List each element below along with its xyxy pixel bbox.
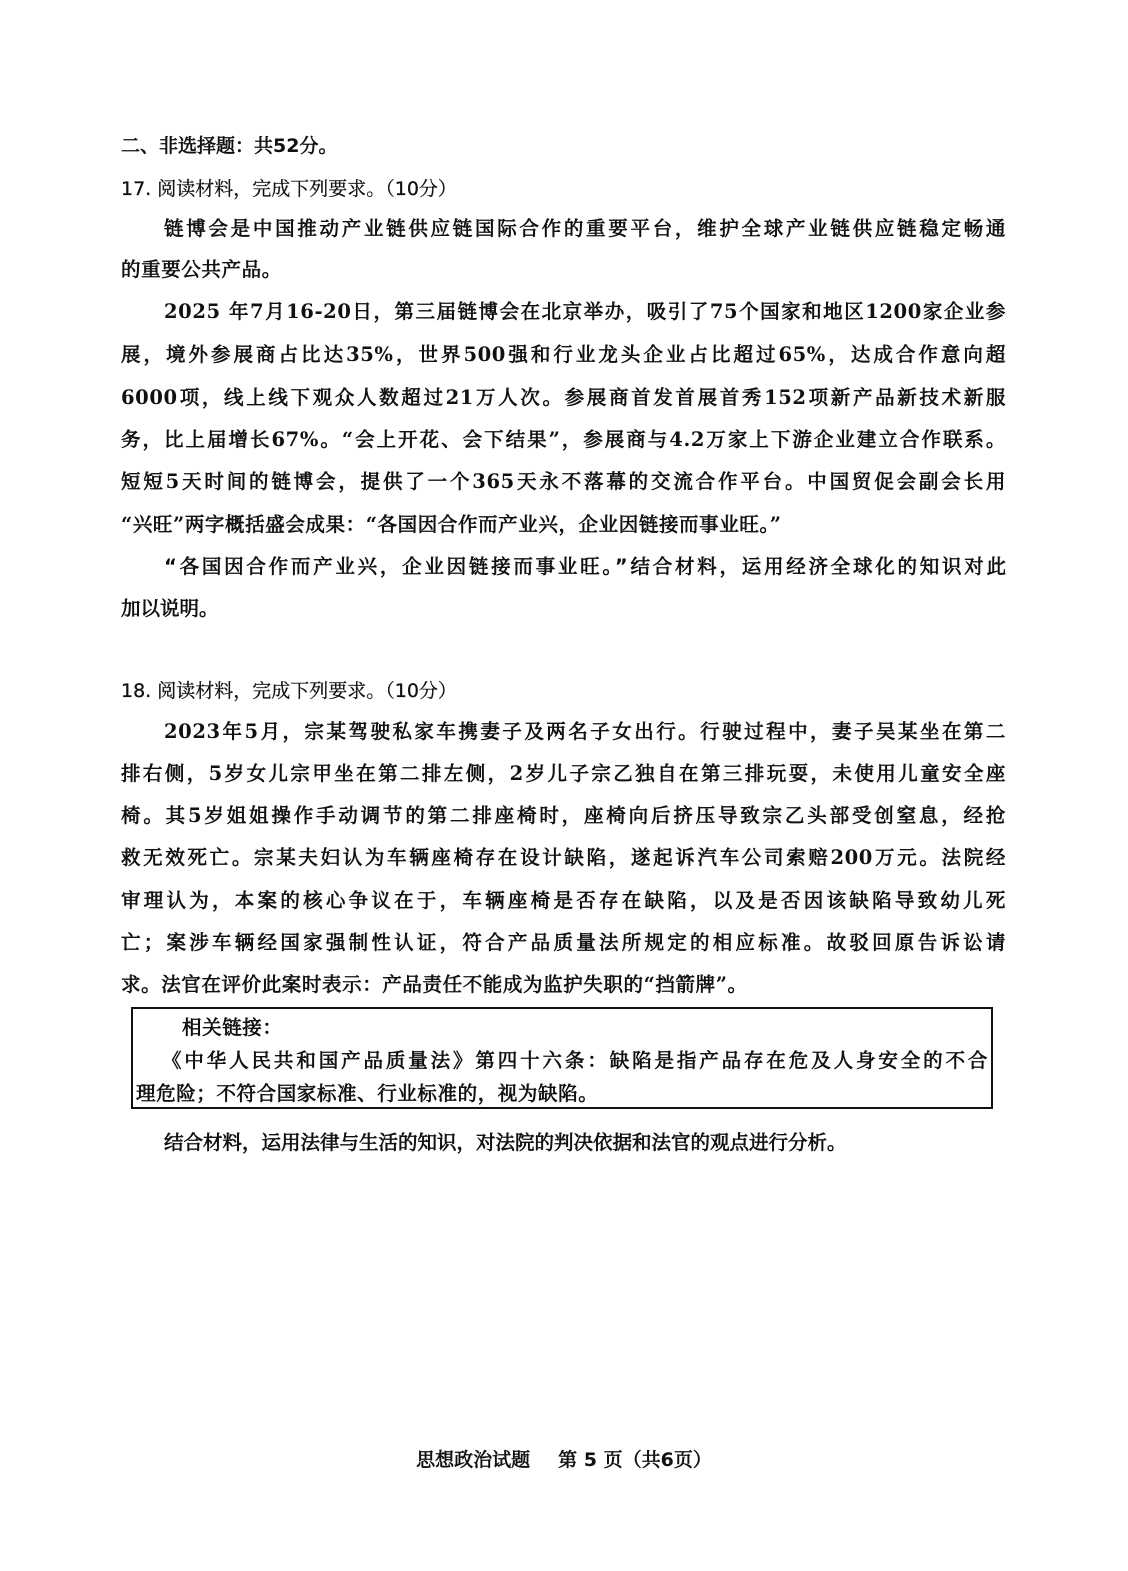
q18-material-line: 审理认为，本案的核心争议在于，车辆座椅是否存在缺陷，以及是否因该缺陷导致幼儿死	[121, 887, 1006, 915]
q17-material-line: 的重要公共产品。	[121, 256, 282, 284]
q18-material-line: 椅。其5岁姐姐操作手动调节的第二排座椅时，座椅向后挤压导致宗乙头部受创窒息，经抢	[121, 802, 1006, 830]
related-link-title: 相关链接：	[182, 1014, 283, 1042]
q18-question: 结合材料，运用法律与生活的知识，对法院的判决依据和法官的观点进行分析。	[164, 1129, 847, 1157]
q18-material-line: 2023年5月，宗某驾驶私家车携妻子及两名子女出行。行驶过程中，妻子吴某坐在第二	[164, 718, 1006, 746]
q18-material-line: 求。法官在评价此案时表示：产品责任不能成为监护失职的“挡箭牌”。	[121, 971, 748, 999]
section-heading: 二、非选择题：共52分。	[121, 132, 337, 160]
q17-question-line: “各国因合作而产业兴，企业因链接而事业旺。”结合材料，运用经济全球化的知识对此	[164, 553, 1006, 581]
q17-material-line: 链博会是中国推动产业链供应链国际合作的重要平台，维护全球产业链供应链稳定畅通	[164, 215, 1006, 243]
related-link-line: 《中华人民共和国产品质量法》第四十六条：缺陷是指产品存在危及人身安全的不合	[162, 1047, 988, 1075]
exam-page: 二、非选择题：共52分。 17. 阅读材料，完成下列要求。（10分） 链博会是中…	[0, 0, 1128, 1571]
q18-material-line: 救无效死亡。宗某夫妇认为车辆座椅存在设计缺陷，遂起诉汽车公司索赔200万元。法院…	[121, 844, 1006, 872]
q17-material-line: 展，境外参展商占比达35%，世界500强和行业龙头企业占比超过65%，达成合作意…	[121, 341, 1006, 369]
q18-material-line: 亡；案涉车辆经国家强制性认证，符合产品质量法所规定的相应标准。故驳回原告诉讼请	[121, 929, 1006, 957]
q18-title: 18. 阅读材料，完成下列要求。（10分）	[121, 677, 457, 705]
q18-material-line: 排右侧，5岁女儿宗甲坐在第二排左侧，2岁儿子宗乙独自在第三排玩耍，未使用儿童安全…	[121, 760, 1006, 788]
footer-subject: 思想政治试题	[416, 1446, 530, 1474]
footer-page-number: 第 5 页（共6页）	[558, 1446, 712, 1474]
q17-material-line: 务，比上届增长67%。“会上开花、会下结果”，参展商与4.2万家上下游企业建立合…	[121, 426, 1006, 454]
q17-material-line: “兴旺”两字概括盛会成果：“各国因合作而产业兴，企业因链接而事业旺。”	[121, 511, 782, 539]
q17-material-line: 6000项，线上线下观众人数超过21万人次。参展商首发首展首秀152项新产品新技…	[121, 384, 1006, 412]
q17-question-line: 加以说明。	[121, 595, 219, 623]
q17-title: 17. 阅读材料，完成下列要求。（10分）	[121, 175, 457, 203]
page-footer: 思想政治试题第 5 页（共6页）	[0, 1446, 1128, 1474]
q17-material-line: 短短5天时间的链博会，提供了一个365天永不落幕的交流合作平台。中国贸促会副会长…	[121, 468, 1006, 496]
q17-material-line: 2025 年7月16-20日，第三届链博会在北京举办，吸引了75个国家和地区12…	[164, 298, 1006, 326]
related-link-line: 理危险；不符合国家标准、行业标准的，视为缺陷。	[136, 1080, 598, 1108]
